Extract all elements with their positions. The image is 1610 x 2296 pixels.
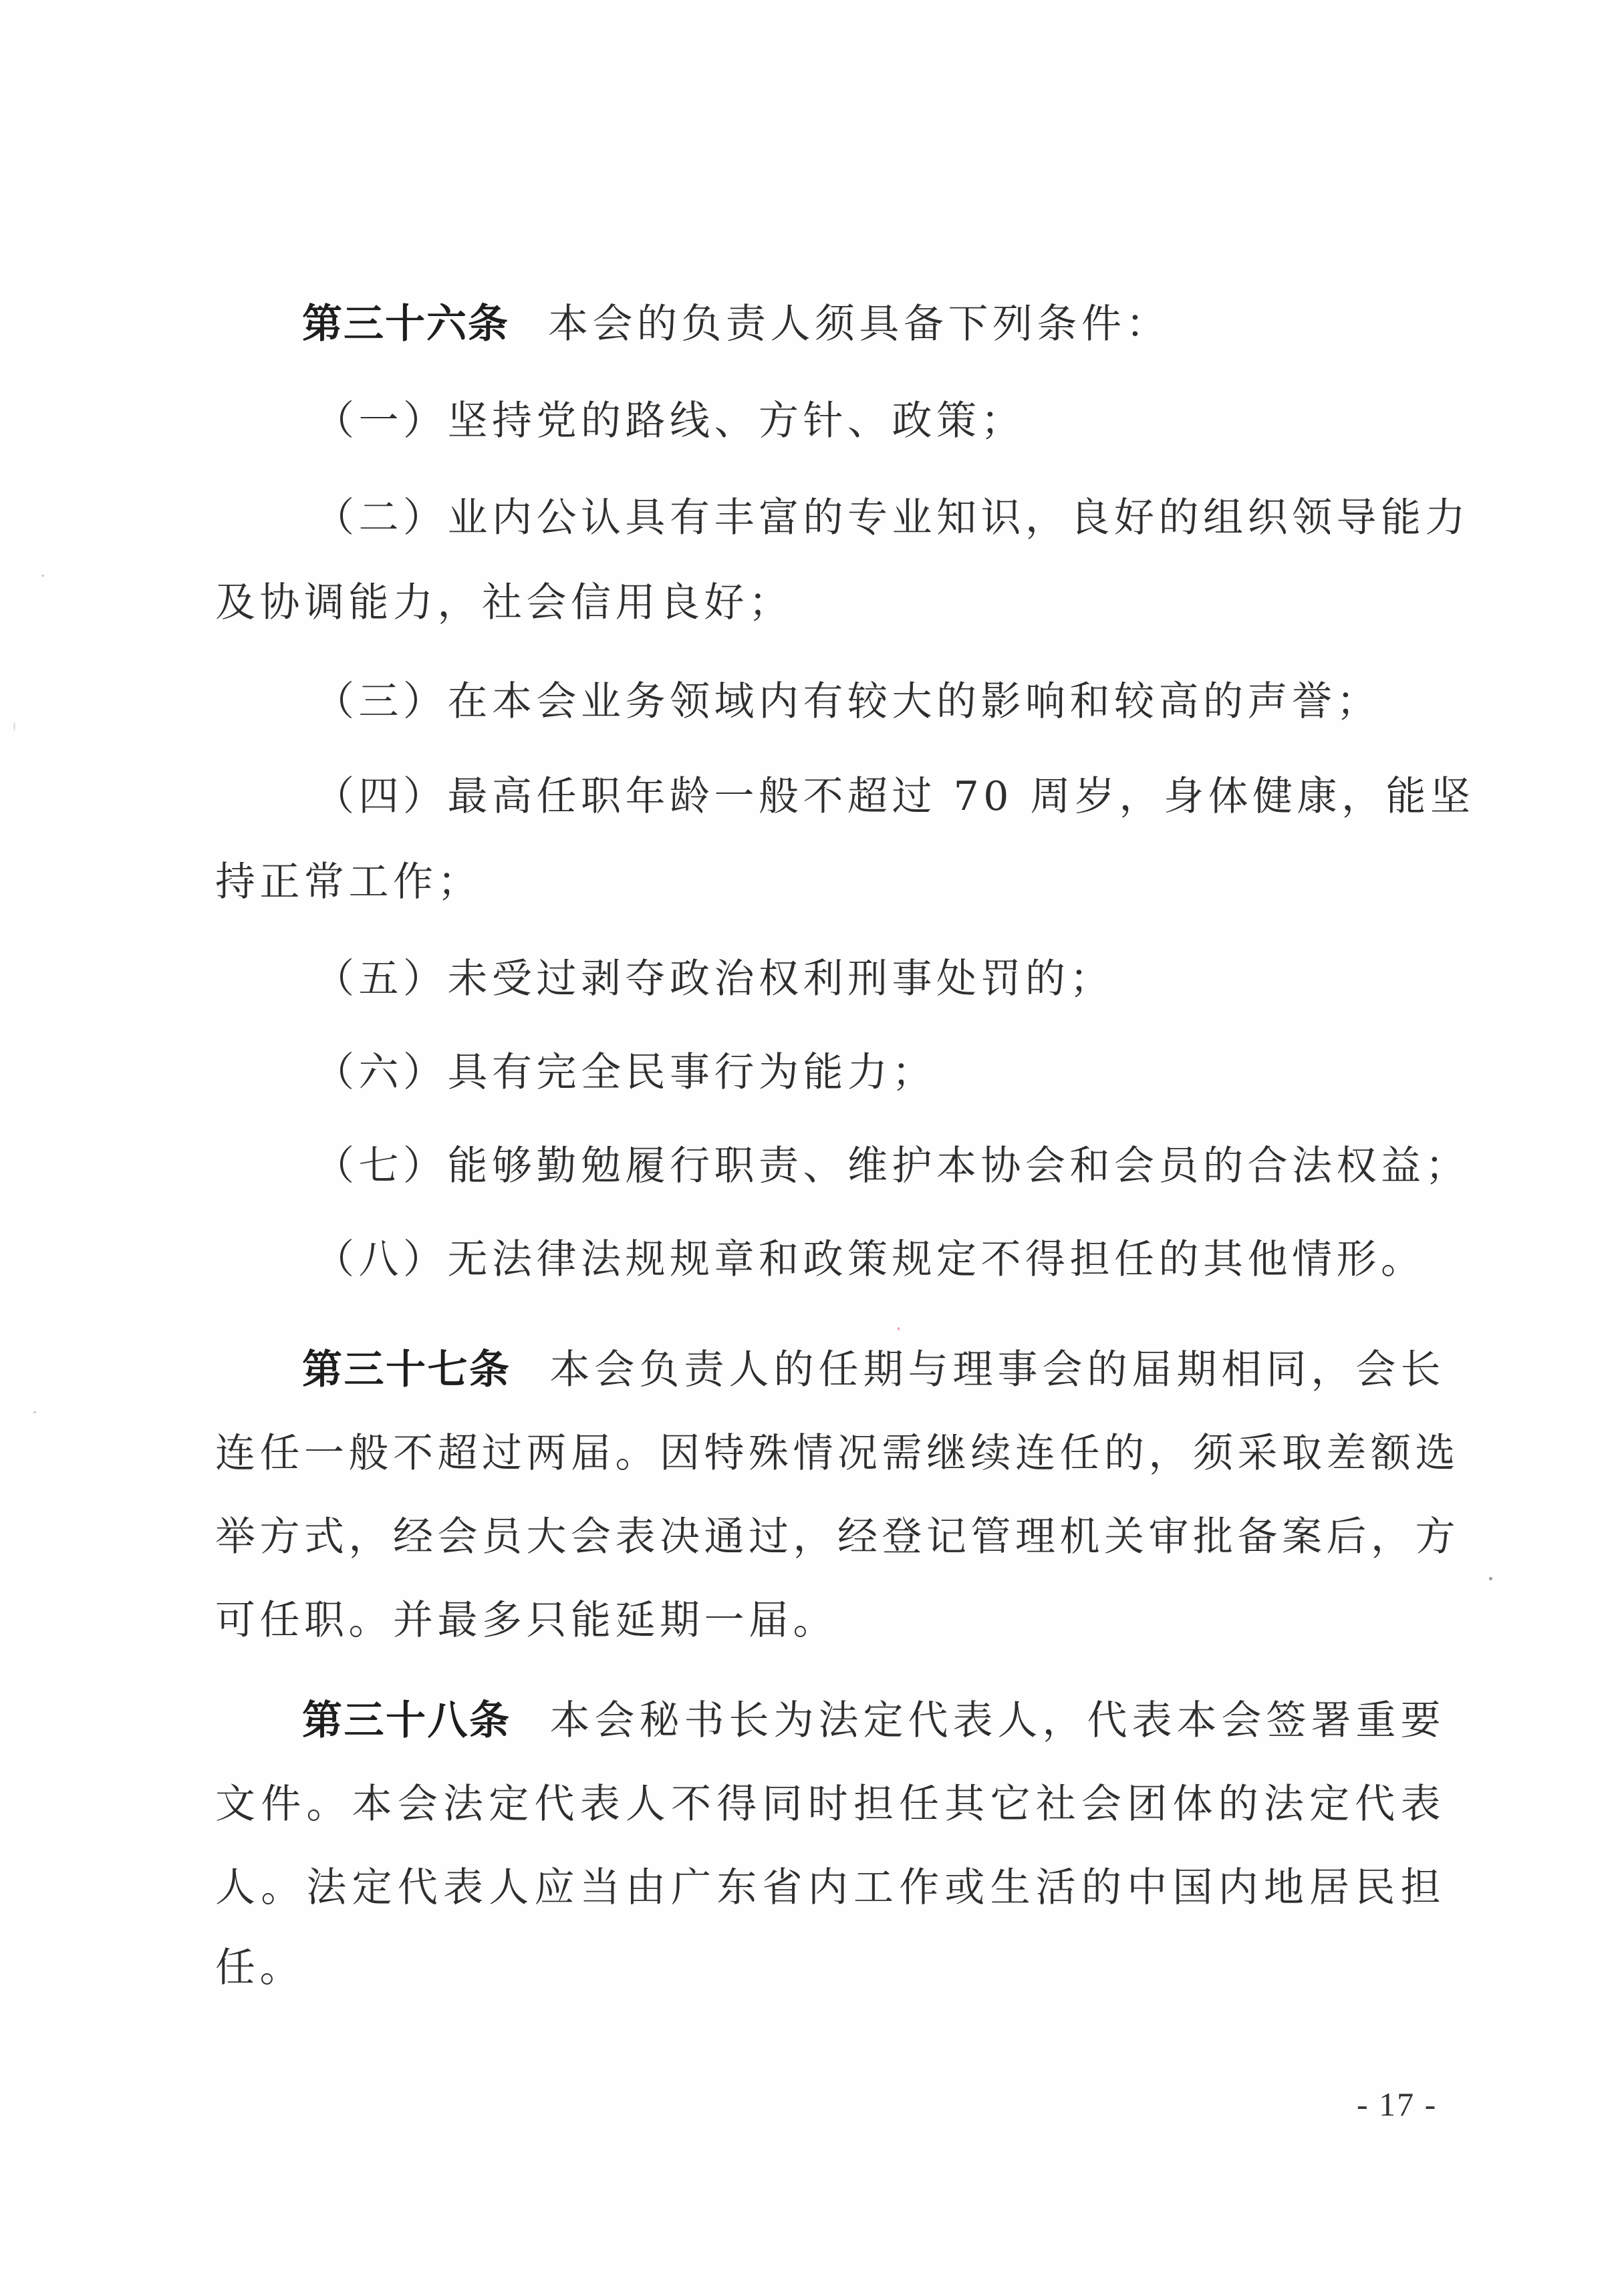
article-38-line-4: 任。 <box>215 1941 1445 1995</box>
scan-speck <box>13 722 15 731</box>
article-36-item-4-line-1: （四）最高任职年龄一般不超过 70 周岁，身体健康，能坚 <box>314 770 1445 823</box>
article-36-item-2-line-2: 及协调能力，社会信用良好； <box>215 576 1445 629</box>
article-heading: 第三十六条 <box>302 301 509 347</box>
scan-speck <box>33 1411 36 1413</box>
article-36-item-4-line-2: 持正常工作； <box>215 855 1445 909</box>
scan-speck <box>1489 1577 1492 1580</box>
article-heading: 第三十八条 <box>302 1697 511 1744</box>
article-36-item-7: （七）能够勤勉履行职责、维护本协会和会员的合法权益； <box>314 1139 1544 1193</box>
article-37-line-1: 第三十七条本会负责人的任期与理事会的届期相同，会长 <box>302 1343 1445 1397</box>
article-37-line-4: 可任职。并最多只能延期一届。 <box>215 1594 1445 1647</box>
document-page: 第三十六条本会的负责人须具备下列条件： （一）坚持党的路线、方针、政策； （二）… <box>0 0 1610 2296</box>
article-36-item-2-line-1: （二）业内公认具有丰富的专业知识，良好的组织领导能力 <box>314 491 1445 545</box>
article-38-line-3: 人。法定代表人应当由广东省内工作或生活的中国内地居民担 <box>215 1861 1445 1914</box>
article-37-line-3: 举方式，经会员大会表决通过，经登记管理机关审批备案后，方 <box>215 1510 1445 1564</box>
article-36-item-3: （三）在本会业务领域内有较大的影响和较高的声誉； <box>314 675 1544 728</box>
article-text: 本会负责人的任期与理事会的届期相同，会长 <box>550 1346 1446 1393</box>
article-36-item-1: （一）坚持党的路线、方针、政策； <box>314 394 1544 448</box>
scan-speck <box>898 1327 900 1330</box>
article-text: 本会秘书长为法定代表人，代表本会签署重要 <box>550 1697 1446 1744</box>
article-36-item-6: （六）具有完全民事行为能力； <box>314 1046 1544 1099</box>
page-number: - 17 - <box>1357 2085 1437 2124</box>
scan-speck <box>41 575 44 577</box>
article-36-item-5: （五）未受过剥夺政治权利刑事处罚的； <box>314 952 1544 1006</box>
article-38-line-1: 第三十八条本会秘书长为法定代表人，代表本会签署重要 <box>302 1694 1445 1747</box>
article-38-line-2: 文件。本会法定代表人不得同时担任其它社会团体的法定代表 <box>215 1777 1445 1831</box>
article-36-line-1: 第三十六条本会的负责人须具备下列条件： <box>302 297 1445 351</box>
article-text: 本会的负责人须具备下列条件： <box>548 301 1170 347</box>
article-36-item-8: （八）无法律法规规章和政策规定不得担任的其他情形。 <box>314 1233 1544 1286</box>
article-heading: 第三十七条 <box>302 1346 511 1393</box>
article-37-line-2: 连任一般不超过两届。因特殊情况需继续连任的，须采取差额选 <box>215 1427 1445 1480</box>
